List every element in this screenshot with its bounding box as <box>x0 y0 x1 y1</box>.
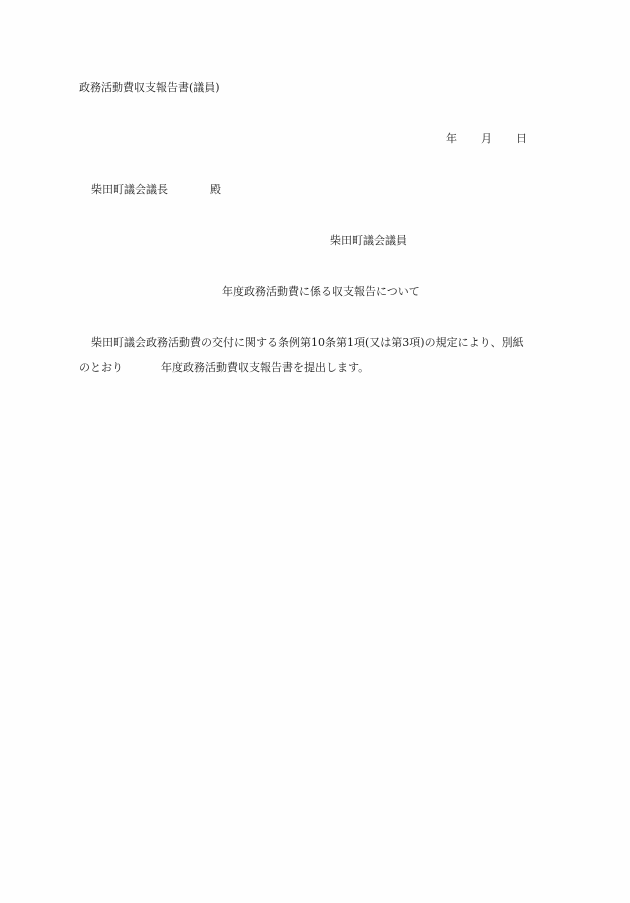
body-line2-suffix: 年度政務活動費収支報告書を提出します。 <box>161 361 369 374</box>
year-label: 年 <box>446 132 457 146</box>
date-line: 年月日 <box>446 132 527 146</box>
body-line2-prefix: のとおり <box>79 361 123 374</box>
body-text-line-1: 柴田町議会政務活動費の交付に関する条例第10条第1項(又は第3項)の規定により、… <box>91 336 524 350</box>
form-title: 政務活動費収支報告書(議員) <box>79 81 220 95</box>
addressee-honorific: 殿 <box>210 183 221 197</box>
day-label: 日 <box>516 132 527 146</box>
addressee-name: 柴田町議会議長 <box>91 183 168 196</box>
sender: 柴田町議会議員 <box>330 234 407 248</box>
document-page: 政務活動費収支報告書(議員) 年月日 柴田町議会議長殿 柴田町議会議員 年度政務… <box>0 0 630 903</box>
body-text-line-2: のとおり年度政務活動費収支報告書を提出します。 <box>79 361 369 375</box>
subject-heading: 年度政務活動費に係る収支報告について <box>222 285 420 299</box>
month-label: 月 <box>481 132 492 146</box>
addressee: 柴田町議会議長殿 <box>91 183 221 197</box>
